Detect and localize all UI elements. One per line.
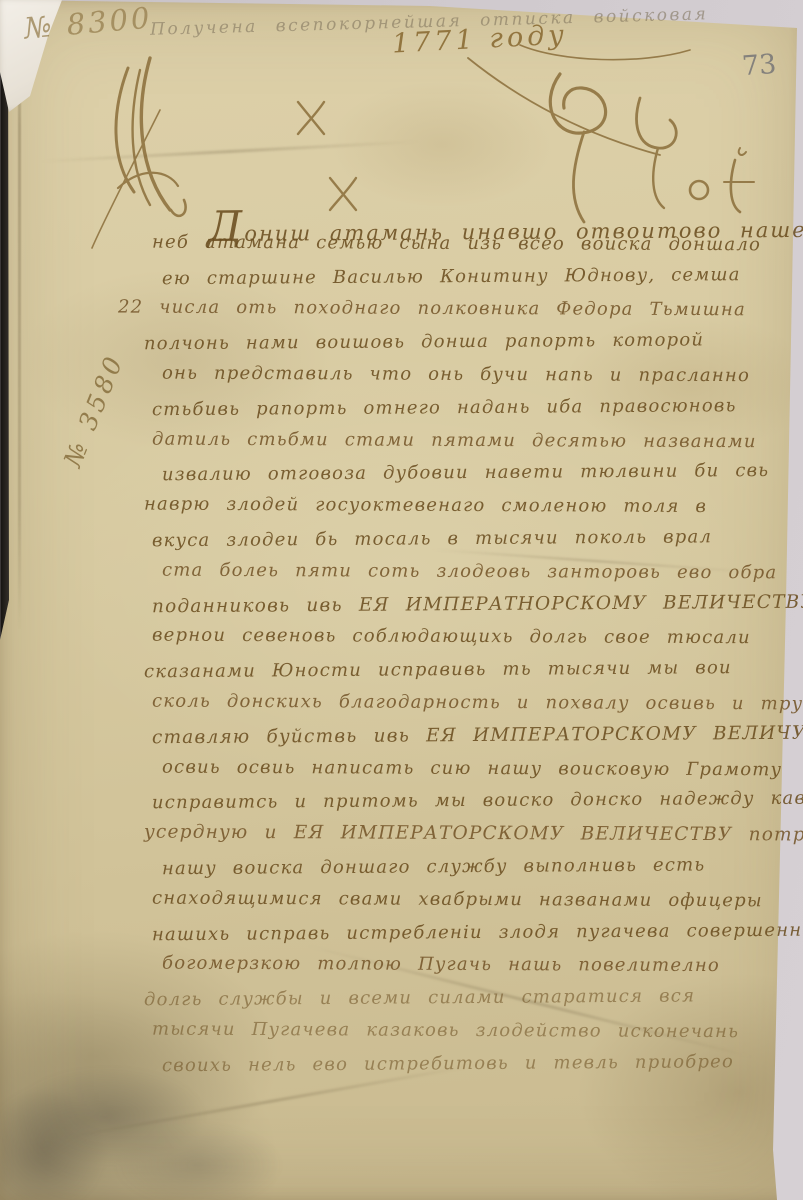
manuscript-line: поданниковь ивь ЕЯ ИМПЕРАТНОРСКОМУ ВЕЛИЧ… — [152, 591, 797, 628]
manuscript-line: вкуса злодеи бь тосаль в тысячи поколь в… — [152, 526, 797, 563]
manuscript-line: усердную и ЕЯ ИМПЕРАТОРСКОМУ ВЕЛИЧЕСТВУ … — [144, 822, 797, 858]
manuscript-line: ставляю буйствь ивь ЕЯ ИМПЕРАТОРСКОМУ ВЕ… — [152, 722, 797, 759]
manuscript-line: ею старшине Василью Конитину Юднову, сем… — [162, 263, 797, 300]
manuscript-line: 22 числа оть походнаго полковника Федора… — [118, 297, 797, 333]
manuscript-photo: { "document": { "kind": "archival manusc… — [0, 0, 803, 1200]
manuscript-line: нашихь исправь истребленіи злодя пугачев… — [152, 919, 797, 956]
manuscript-line: ста болеь пяти соть злодеовь занторовь е… — [162, 559, 797, 595]
manuscript-line: полчонь нами воишовь донша рапорть котор… — [144, 329, 797, 366]
manuscript-line: извалию отговоза дубовии навети тюлвини … — [162, 460, 797, 497]
manuscript-line: Дониш атамань инавшо отвоитово нашед — [208, 198, 797, 235]
manuscript-line: долгь службы и всеми силами старатися вс… — [144, 985, 797, 1022]
manuscript-line: стьбивь рапорть отнего надань иба правос… — [152, 395, 797, 432]
manuscript-line: освиь освиь написать сию нашу воисковую … — [162, 756, 797, 792]
manuscript-line: неб атамана семью сына изь всео воиска д… — [152, 231, 797, 267]
manuscript-line: снаходящимися свами хвабрыми названами о… — [152, 887, 797, 923]
manuscript-line: исправитсь и притомь мы воиско донско на… — [152, 788, 797, 825]
manuscript-line: богомерзкою толпою Пугачь нашь повелител… — [162, 953, 797, 989]
manuscript-line: наврю злодей госуоктевенаго смоленою тол… — [144, 494, 797, 530]
manuscript-line: сказанами Юности исправивь ть тысячи мы … — [144, 657, 797, 694]
manuscript-line: нашу воиска доншаго службу выполнивь ест… — [162, 854, 797, 891]
manuscript-line: онь представиль что онь бучи напь и прас… — [162, 363, 797, 399]
manuscript-line: датиль стьбми стами пятами десятью назва… — [152, 428, 797, 464]
manuscript-line: вернои севеновь соблюдающихь долгь свое … — [152, 625, 797, 661]
manuscript-body: Дониш атамань инавшо отвоитово нашед неб… — [152, 200, 797, 1086]
manuscript-line: тысячи Пугачева казаковь злодейство иско… — [152, 1019, 797, 1055]
manuscript-line: своихь нель ево истребитовь и тевль прио… — [162, 1051, 797, 1088]
manuscript-line: сколь донскихь благодарность и похвалу о… — [152, 691, 797, 727]
